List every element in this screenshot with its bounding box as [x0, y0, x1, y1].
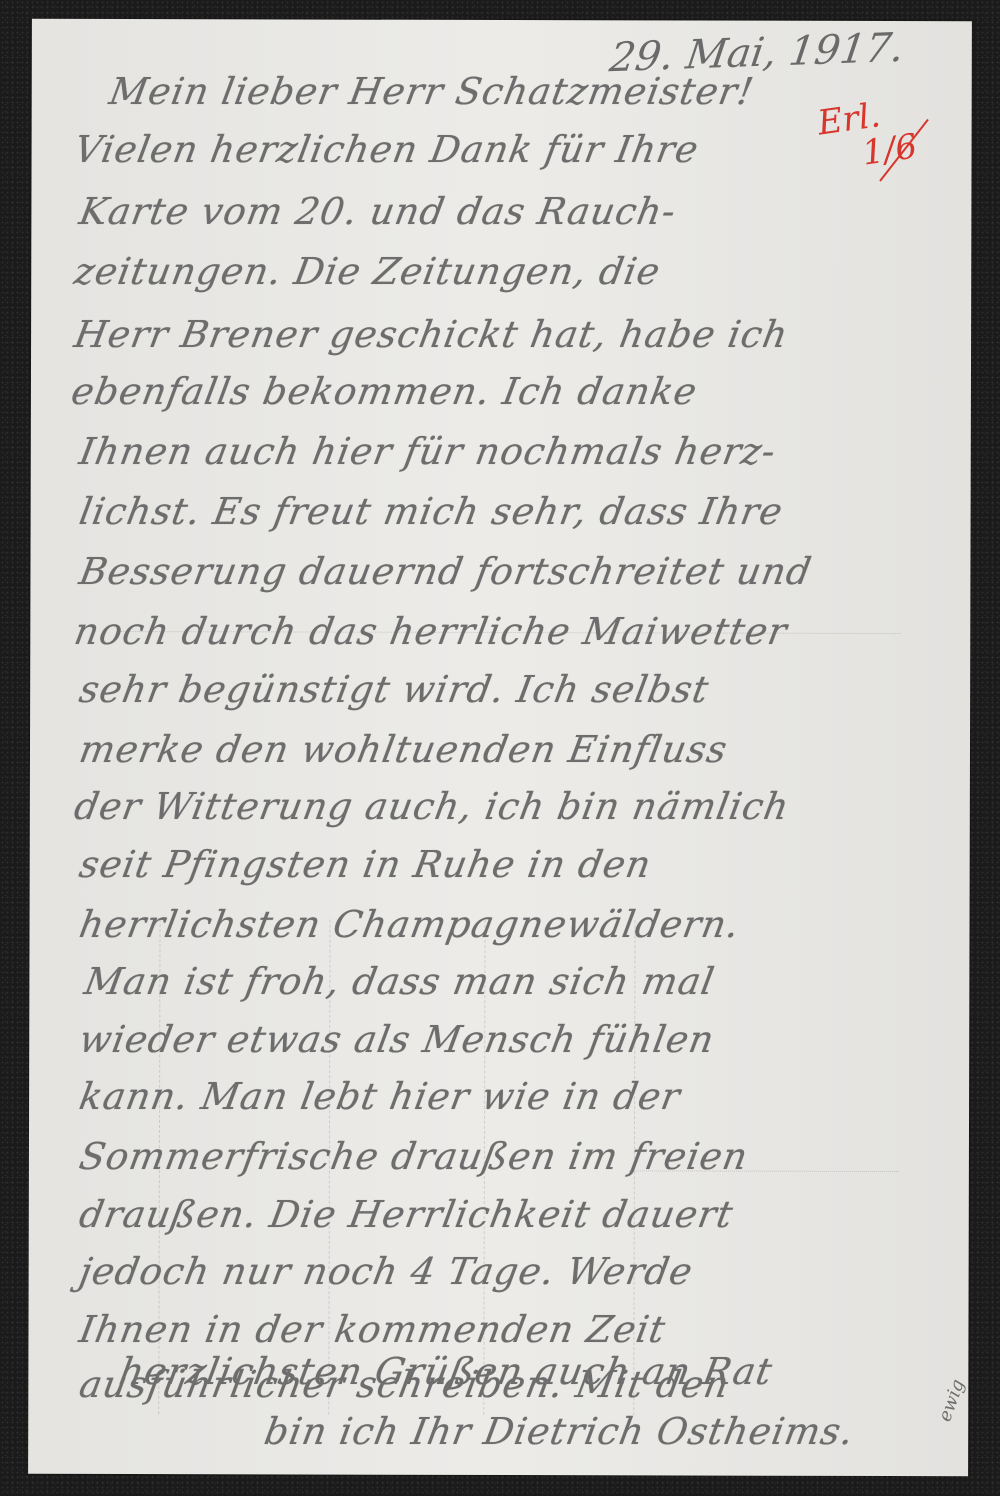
letter-line: wieder etwas als Mensch fühlen: [76, 1018, 718, 1061]
letter-line: kann. Man lebt hier wie in der: [76, 1075, 684, 1118]
signature-line: bin ich Ihr Dietrich Ostheims.: [261, 1410, 857, 1453]
letter-line: Herr Brener geschickt hat, habe ich: [71, 313, 791, 356]
annotation-number: 1/6: [860, 129, 919, 170]
letter-line: noch durch das herrliche Maiwetter: [71, 610, 791, 653]
red-annotation: Erl. 1/6: [816, 94, 920, 177]
letter-line: draußen. Die Herrlichkeit dauert: [76, 1193, 737, 1236]
letter-line: Ihnen auch hier für nochmals herz-: [76, 430, 779, 473]
letter-line: Besserung dauernd fortschreitet und: [76, 550, 815, 593]
letter-line: merke den wohltuenden Einfluss: [76, 728, 731, 771]
letter-line: Ihnen in der kommenden Zeit: [76, 1308, 669, 1351]
letter-line: Man ist froh, dass man sich mal: [81, 960, 718, 1003]
letter-line: lichst. Es freut mich sehr, dass Ihre: [76, 490, 786, 533]
letter-line: Mein lieber Herr Schatzmeister!: [106, 70, 757, 113]
letter-line: Sommerfrische draußen im freien: [76, 1135, 751, 1178]
letter-line: herrlichsten Champagnewäldern.: [76, 903, 743, 946]
letter-line: zeitungen. Die Zeitungen, die: [71, 250, 664, 293]
closing-greeting: herzlichsten Grüßen auch an Rat: [116, 1350, 776, 1393]
letter-line: sehr begünstigt wird. Ich selbst: [76, 668, 712, 711]
letter-line: Vielen herzlichen Dank für Ihre: [71, 128, 702, 171]
letter-line: jedoch nur noch 4 Tage. Werde: [76, 1250, 696, 1293]
letter-line: der Witterung auch, ich bin nämlich: [71, 785, 793, 828]
letter-line: ebenfalls bekommen. Ich danke: [68, 370, 701, 413]
letter-line: Karte vom 20. und das Rauch-: [76, 190, 679, 233]
letter-line: seit Pfingsten in Ruhe in den: [76, 843, 655, 886]
